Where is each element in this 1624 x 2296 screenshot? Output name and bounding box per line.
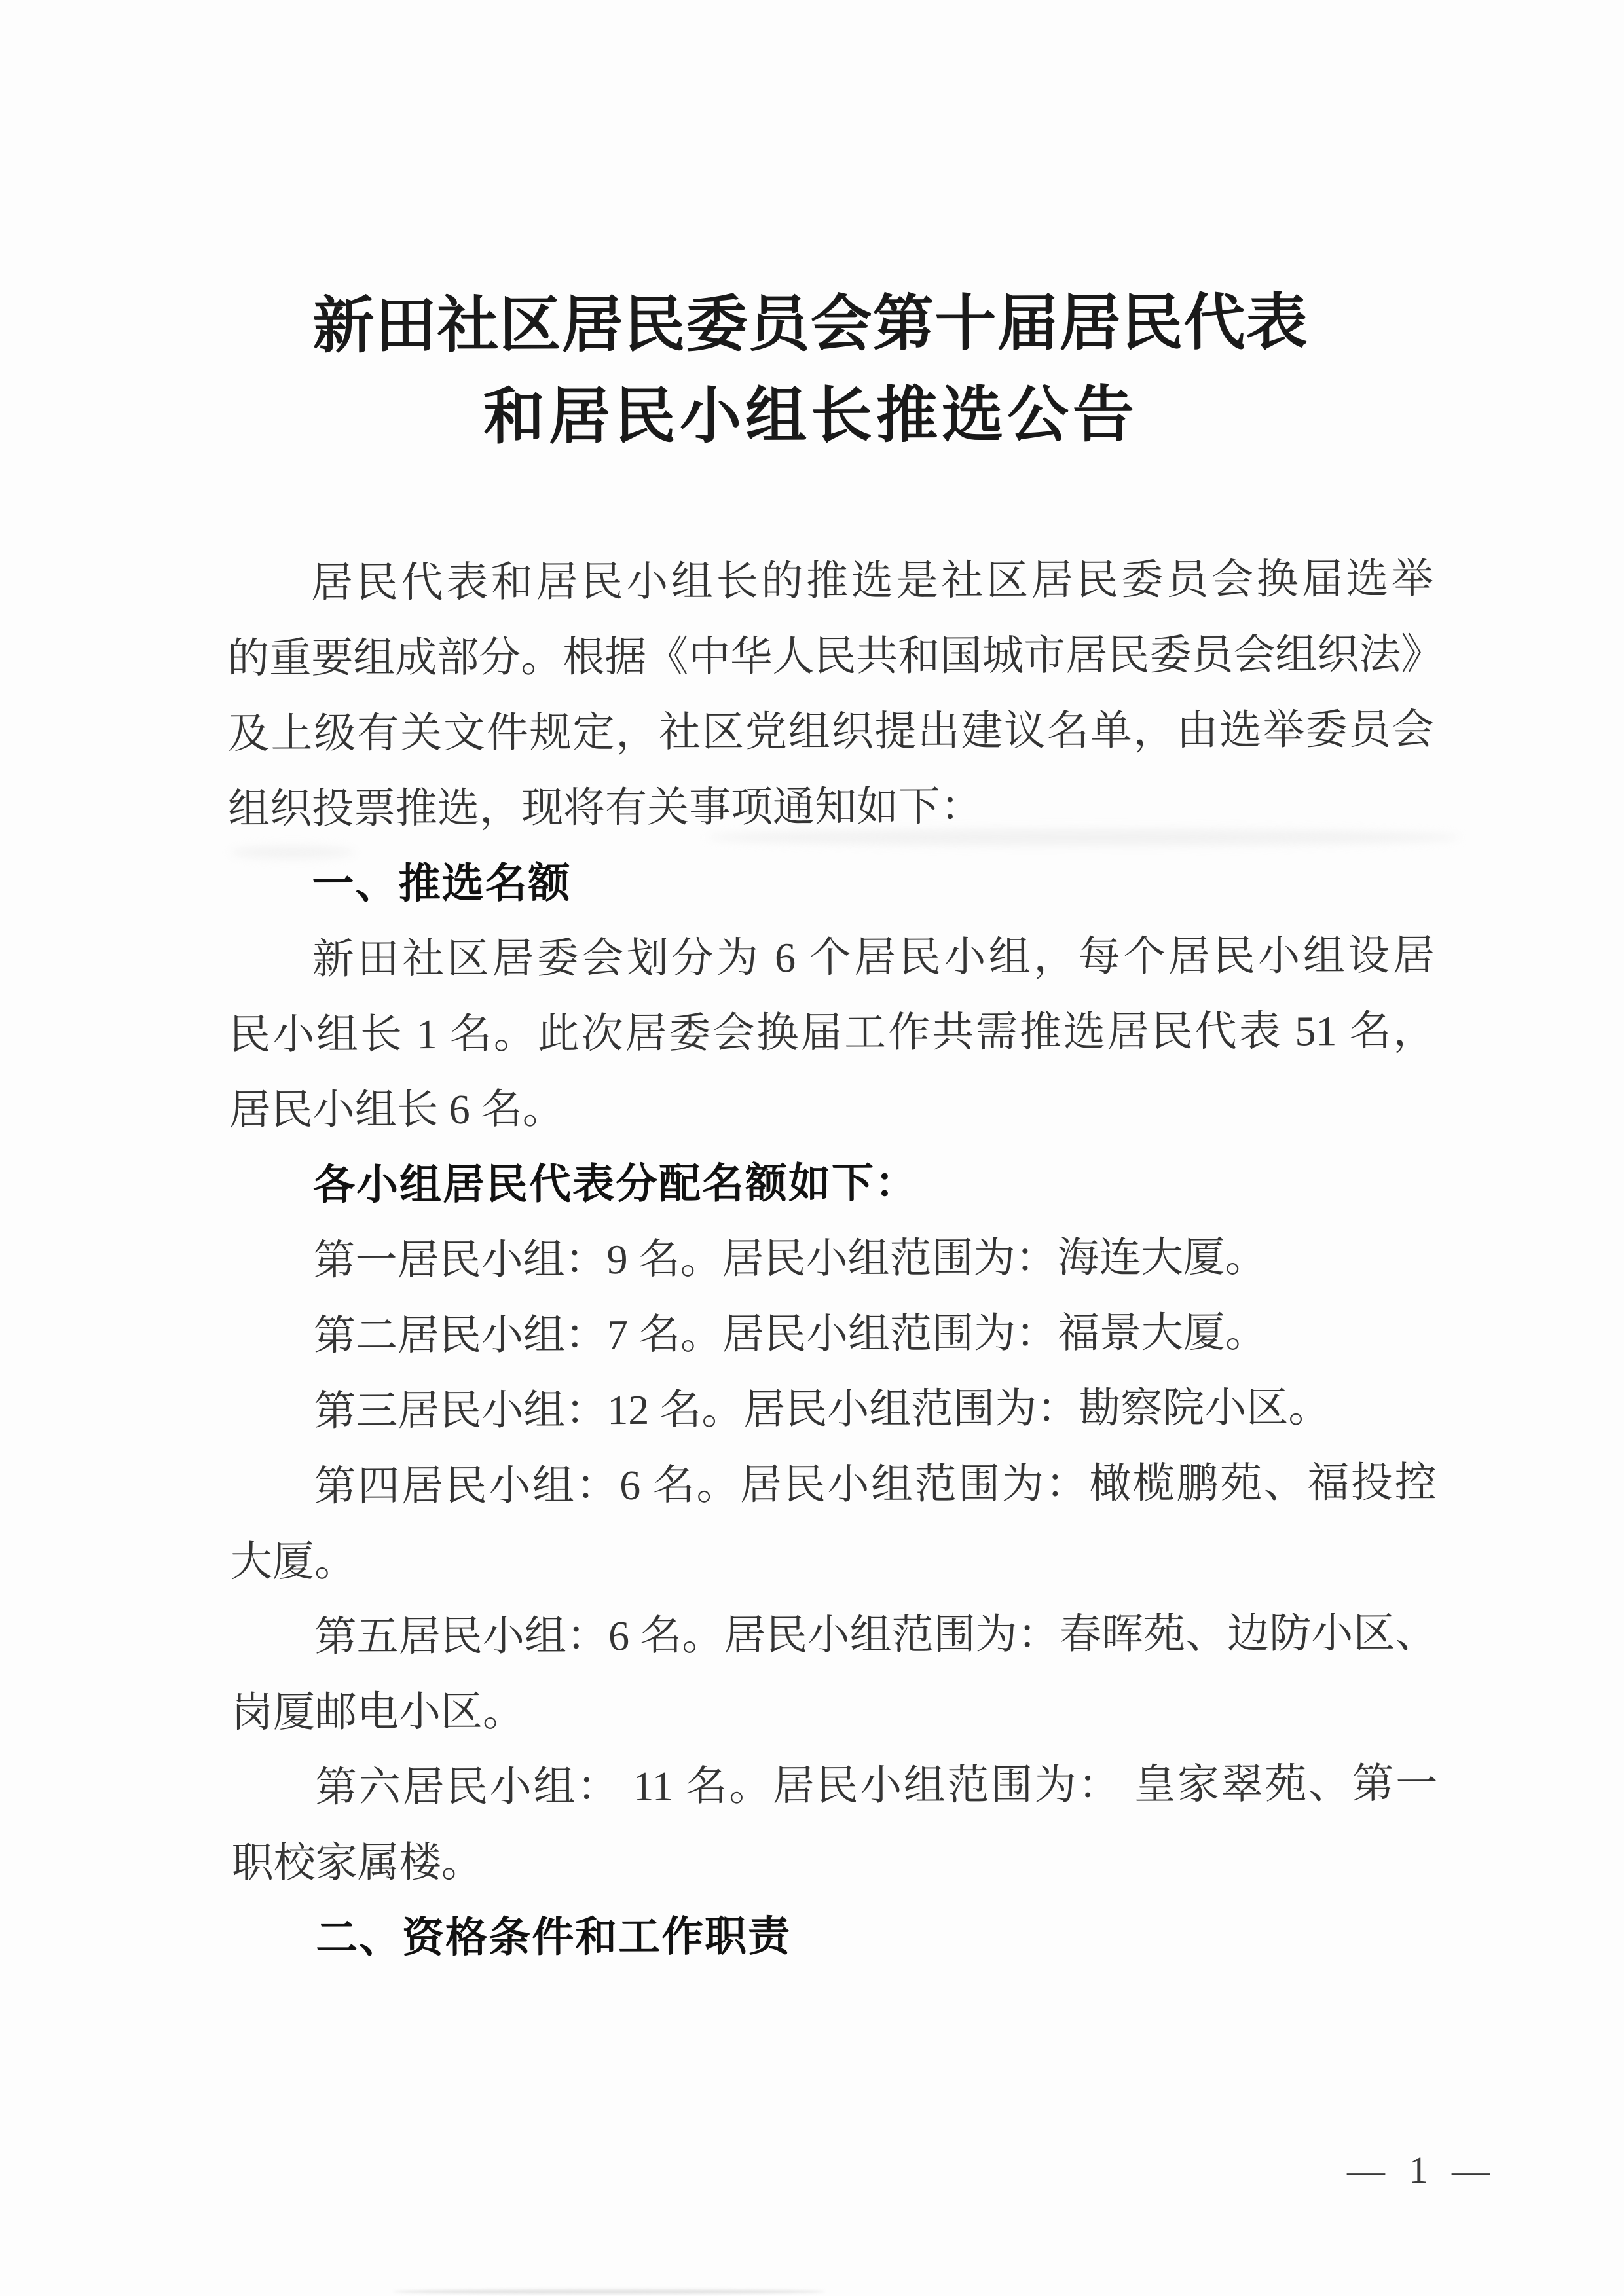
text-line: 第二居民小组：7 名。居民小组范围为：福景大厦。 [230, 1294, 1436, 1374]
quota-paragraph: 新田社区居委会划分为 6 个居民小组，每个居民小组设居 民小组长 1 名。此次居… [229, 918, 1435, 1148]
text-line: 民小组长 1 名。此次居委会换届工作共需推选居民代表 51 名， [229, 993, 1435, 1072]
heading-line: 二、资格条件和工作职责 [232, 1897, 1438, 1976]
text-line: 居民代表和居民小组长的推选是社区居民委员会换届选举 [227, 541, 1433, 621]
text-line: 的重要组成部分。根据《中华人民共和国城市居民委员会组织法》 [227, 617, 1433, 696]
group-6-item: 第六居民小组： 11 名。居民小组范围为： 皇家翠苑、第一 职校家属楼。 [231, 1746, 1438, 1901]
document-page: 新田社区居民委员会第十届居民代表 和居民小组长推选公告 居民代表和居民小组长的推… [0, 0, 1624, 2296]
title-line-2: 和居民小组长推选公告 [0, 368, 1623, 465]
section-1-heading: 一、推选名额 [228, 843, 1434, 922]
document-title: 新田社区居民委员会第十届居民代表 和居民小组长推选公告 [0, 276, 1623, 465]
text-line: 居民小组长 6 名。 [229, 1068, 1435, 1148]
intro-paragraph: 居民代表和居民小组长的推选是社区居民委员会换届选举 的重要组成部分。根据《中华人… [227, 541, 1435, 847]
text-line: 职校家属楼。 [232, 1821, 1438, 1901]
allocation-heading: 各小组居民代表分配名额如下： [229, 1144, 1435, 1223]
text-line: 第六居民小组： 11 名。居民小组范围为： 皇家翠苑、第一 [231, 1746, 1437, 1825]
text-line: 第四居民小组：6 名。居民小组范围为：橄榄鹏苑、福投控 [231, 1445, 1437, 1524]
text-line: 第三居民小组：12 名。居民小组范围为：勘察院小区。 [230, 1370, 1436, 1449]
document-body: 居民代表和居民小组长的推选是社区居民委员会换届选举 的重要组成部分。根据《中华人… [227, 541, 1439, 1976]
text-line: 大厦。 [231, 1520, 1437, 1599]
scan-edge-artifact [393, 2289, 825, 2294]
group-3-item: 第三居民小组：12 名。居民小组范围为：勘察院小区。 [230, 1370, 1436, 1449]
text-line: 岗厦邮电小区。 [231, 1671, 1437, 1750]
group-1-item: 第一居民小组：9 名。居民小组范围为：海连大厦。 [229, 1219, 1435, 1298]
section-2-heading: 二、资格条件和工作职责 [232, 1897, 1438, 1976]
text-line: 第五居民小组：6 名。居民小组范围为：春晖苑、边防小区、 [231, 1595, 1437, 1675]
text-line: 及上级有关文件规定，社区党组织提出建议名单，由选举委员会 [227, 692, 1433, 771]
heading-line: 一、推选名额 [228, 843, 1434, 922]
page-number: — 1 — [1347, 2151, 1490, 2190]
group-4-item: 第四居民小组：6 名。居民小组范围为：橄榄鹏苑、福投控 大厦。 [231, 1445, 1437, 1599]
group-5-item: 第五居民小组：6 名。居民小组范围为：春晖苑、边防小区、 岗厦邮电小区。 [231, 1595, 1437, 1750]
text-line: 第一居民小组：9 名。居民小组范围为：海连大厦。 [229, 1219, 1435, 1298]
heading-line: 各小组居民代表分配名额如下： [229, 1144, 1435, 1223]
scanned-sheet: 新田社区居民委员会第十届居民代表 和居民小组长推选公告 居民代表和居民小组长的推… [0, 0, 1624, 1977]
group-2-item: 第二居民小组：7 名。居民小组范围为：福景大厦。 [230, 1294, 1436, 1374]
text-line: 组织投票推选，现将有关事项通知如下： [228, 767, 1434, 847]
title-line-1: 新田社区居民委员会第十届居民代表 [0, 276, 1623, 374]
text-line: 新田社区居委会划分为 6 个居民小组，每个居民小组设居 [229, 918, 1435, 997]
